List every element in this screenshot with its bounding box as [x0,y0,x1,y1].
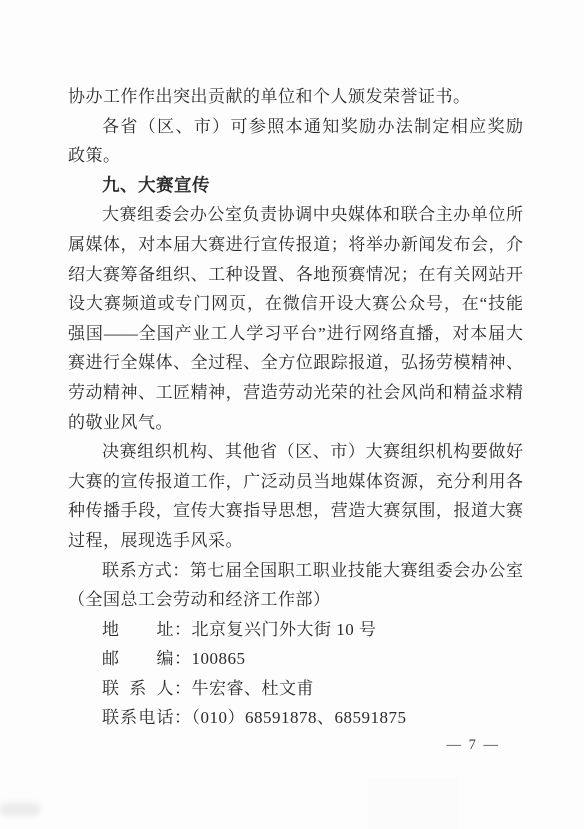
text-line: 赛进行全媒体、全过程、全方位跟踪报道，弘扬劳模精神、 [68,348,523,378]
text-line: 协办工作作出突出贡献的单位和个人颁发荣誉证书。 [68,82,523,112]
contact-label-postcode: 邮编 [102,644,174,674]
contact-value-address: ：北京复兴门外大街 10 号 [174,620,377,639]
text-line: 大赛组委会办公室负责协调中央媒体和联合主办单位所 [68,200,523,230]
scan-smudge-artifact [0,803,40,816]
contact-row-person: 联系人：牛宏睿、杜文甫 [68,674,523,704]
contact-label-phone: 联系电话 [102,703,174,733]
text-line: 的敬业风气。 [68,408,523,438]
text-line: 绍大赛筹备组织、工种设置、各地预赛情况；在有关网站开 [68,260,523,290]
text-line: 种传播手段，宣传大赛指导思想，营造大赛氛围，报道大赛 [68,496,523,526]
contact-value-phone: ：（010）68591878、68591875 [174,708,407,727]
page-number: — 7 — [447,737,501,754]
contact-row-postcode: 邮编：100865 [68,644,523,674]
contact-value-person: ：牛宏睿、杜文甫 [174,679,314,698]
document-text-block: 协办工作作出突出贡献的单位和个人颁发荣誉证书。 各省（区、市）可参照本通知奖励办… [68,82,523,733]
contact-label-person: 联系人 [102,674,174,704]
contact-intro-line: 联系方式：第七届全国职工职业技能大赛组委会办公室 [68,556,523,586]
text-line: 设大赛频道或专门网页，在微信开设大赛公众号，在“技能 [68,289,523,319]
text-line: 各省（区、市）可参照本通知奖励办法制定相应奖励 [68,112,523,142]
contact-row-phone: 联系电话：（010）68591878、68591875 [68,703,523,733]
text-line: 大赛的宣传报道工作，广泛动员当地媒体资源，充分利用各 [68,467,523,497]
text-line: 政策。 [68,141,523,171]
text-line: 过程，展现选手风采。 [68,526,523,556]
text-line: 决赛组织机构、其他省（区、市）大赛组织机构要做好 [68,437,523,467]
text-line: 强国——全国产业工人学习平台”进行网络直播，对本届大 [68,319,523,349]
contact-dept-line: （全国总工会劳动和经济工作部） [68,585,523,615]
text-line: 属媒体，对本届大赛进行宣传报道；将举办新闻发布会，介 [68,230,523,260]
contact-value-postcode: ：100865 [174,649,246,668]
contact-row-address: 地址：北京复兴门外大街 10 号 [68,615,523,645]
scanned-document-page: 协办工作作出突出贡献的单位和个人颁发荣誉证书。 各省（区、市）可参照本通知奖励办… [0,0,584,829]
contact-label-address: 地址 [102,615,174,645]
text-line: 劳动精神、工匠精神，营造劳动光荣的社会风尚和精益求精 [68,378,523,408]
scan-shade-artifact [368,778,458,829]
section-heading-publicity: 九、大赛宣传 [68,171,523,201]
